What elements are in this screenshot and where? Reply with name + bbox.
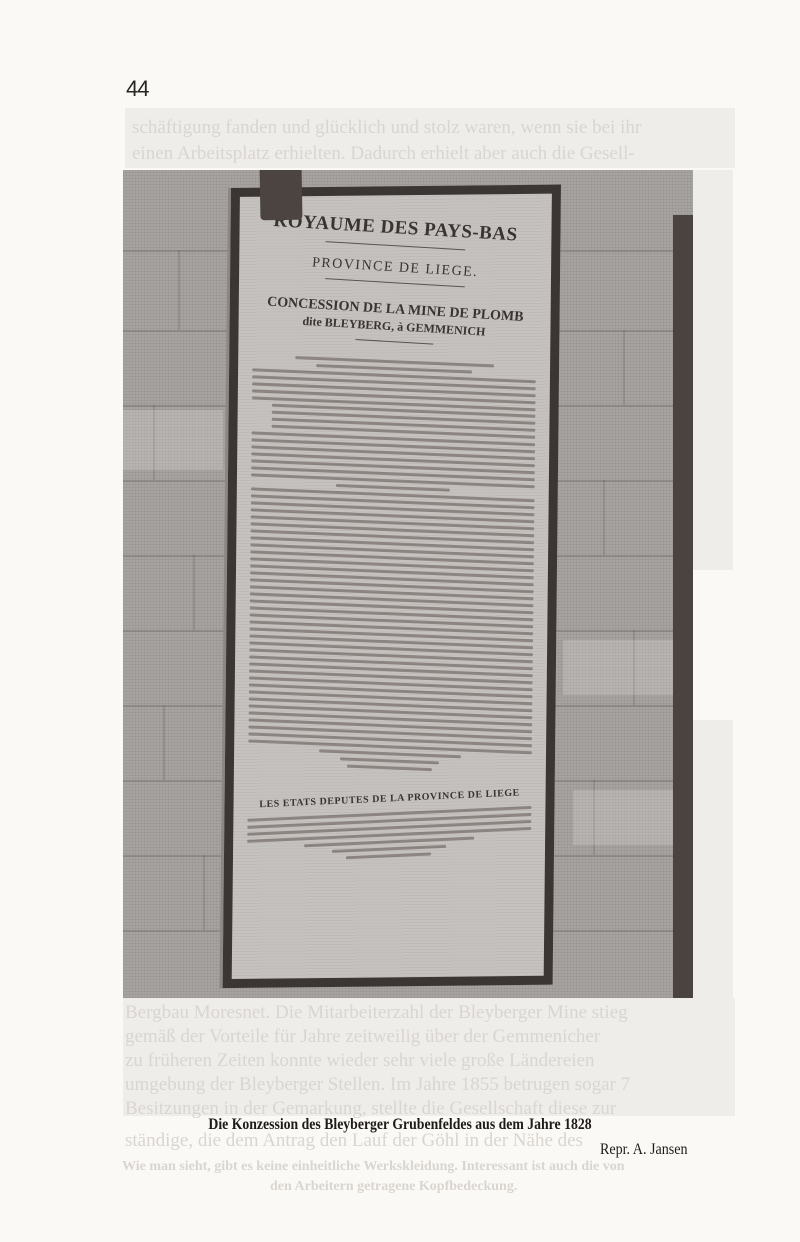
brick-highlight	[573, 790, 673, 845]
brick-highlight	[123, 410, 223, 470]
poster-heading-province: PROVINCE DE LIEGE.	[239, 251, 551, 285]
poster-text-line	[336, 484, 450, 492]
bleed-through-line: gemäß der Vorteile für Jahre zeitweilig …	[125, 1024, 600, 1050]
bleed-through-line: zu früheren Zeiten konnte wieder sehr vi…	[125, 1048, 595, 1074]
poster-text-line	[340, 757, 439, 764]
brick-joint	[203, 855, 205, 930]
poster-frame: ROYAUME DES PAYS-BAS PROVINCE DE LIEGE. …	[223, 185, 561, 989]
photograph: ROYAUME DES PAYS-BAS PROVINCE DE LIEGE. …	[123, 170, 693, 998]
bleed-through-line: schäftigung fanden und glücklich und sto…	[132, 115, 641, 141]
poster-rule	[325, 241, 465, 250]
brick-joint	[178, 250, 180, 330]
poster-text-line	[346, 852, 431, 859]
poster-text-line	[347, 765, 432, 772]
hanging-clip	[260, 170, 303, 220]
brick-highlight	[563, 640, 673, 695]
poster-rule	[325, 278, 465, 287]
poster-heading-concession: CONCESSION DE LA MINE DE PLOMB dite BLEY…	[238, 292, 552, 344]
bleed-through-line: umgebung der Bleyberger Stellen. Im Jahr…	[125, 1072, 630, 1098]
poster-rule	[355, 339, 433, 345]
photo-credit: Repr. A. Jansen	[600, 1141, 688, 1159]
bleed-through-block-right	[693, 170, 733, 570]
bleed-through-line: einen Arbeitsplatz erhielten. Dadurch er…	[132, 141, 635, 167]
wall-post	[673, 215, 693, 998]
poster-section-text	[247, 811, 531, 859]
brick-joint	[623, 330, 625, 405]
brick-joint	[193, 555, 195, 630]
bleed-through-block-right-lower	[693, 720, 733, 1000]
brick-joint	[163, 705, 165, 780]
bleed-through-caption: den Arbeitern getragene Kopfbedeckung.	[270, 1174, 517, 1200]
brick-joint	[603, 480, 605, 555]
page-number: 44	[126, 76, 148, 102]
poster-body-text	[248, 359, 536, 771]
bleed-through-line: Bergbau Moresnet. Die Mitarbeiterzahl de…	[125, 1000, 628, 1026]
photo-caption: Die Konzession des Bleyberger Grubenfeld…	[56, 1116, 744, 1134]
concession-notice: ROYAUME DES PAYS-BAS PROVINCE DE LIEGE. …	[232, 194, 552, 979]
